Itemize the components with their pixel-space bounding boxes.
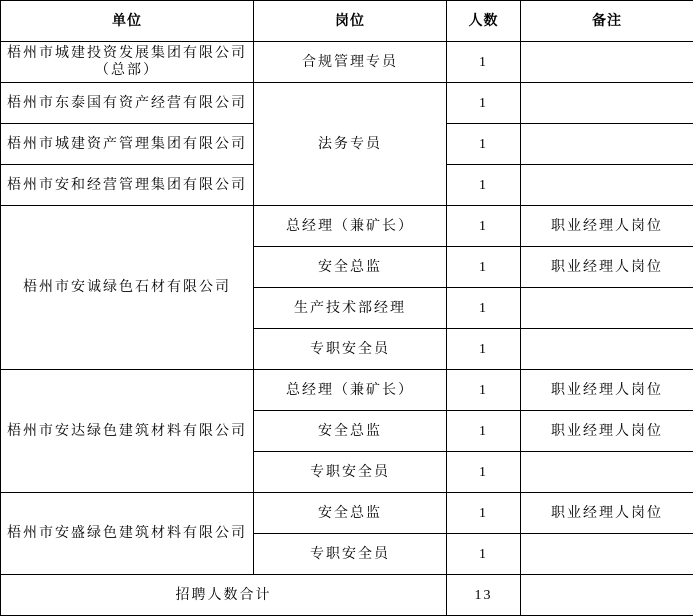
remark-cell: 职业经理人岗位 [521, 493, 693, 534]
count-cell: 1 [447, 83, 521, 124]
table-row: 梧州市安盛绿色建筑材料有限公司 安全总监 1 职业经理人岗位 [1, 493, 693, 534]
count-cell: 1 [447, 370, 521, 411]
count-cell: 1 [447, 288, 521, 329]
count-cell: 1 [447, 124, 521, 165]
position-cell: 专职安全员 [254, 329, 447, 370]
position-cell: 安全总监 [254, 247, 447, 288]
remark-cell [521, 452, 693, 493]
remark-cell: 职业经理人岗位 [521, 206, 693, 247]
remark-cell [521, 124, 693, 165]
unit-cell: 梧州市安盛绿色建筑材料有限公司 [1, 493, 254, 575]
column-header-remark: 备注 [521, 1, 693, 42]
remark-cell: 职业经理人岗位 [521, 370, 693, 411]
count-cell: 1 [447, 411, 521, 452]
position-cell: 总经理（兼矿长） [254, 206, 447, 247]
table-row: 梧州市安诚绿色石材有限公司 总经理（兼矿长） 1 职业经理人岗位 [1, 206, 693, 247]
position-cell: 专职安全员 [254, 452, 447, 493]
total-remark [521, 575, 693, 616]
remark-cell: 职业经理人岗位 [521, 411, 693, 452]
count-cell: 1 [447, 452, 521, 493]
unit-cell: 梧州市城建资产管理集团有限公司 [1, 124, 254, 165]
unit-cell: 梧州市安诚绿色石材有限公司 [1, 206, 254, 370]
total-row: 招聘人数合计 13 [1, 575, 693, 616]
column-header-unit: 单位 [1, 1, 254, 42]
position-cell-merged: 法务专员 [254, 83, 447, 206]
unit-cell: 梧州市东泰国有资产经营有限公司 [1, 83, 254, 124]
position-cell: 生产技术部经理 [254, 288, 447, 329]
column-header-count: 人数 [447, 1, 521, 42]
unit-name: 梧州市城建投资发展集团有限公司 [3, 45, 251, 62]
recruitment-table: 单位 岗位 人数 备注 梧州市城建投资发展集团有限公司 （总部） 合规管理专员 … [0, 0, 693, 615]
remark-cell [521, 288, 693, 329]
count-cell: 1 [447, 165, 521, 206]
remark-cell [521, 83, 693, 124]
column-header-position: 岗位 [254, 1, 447, 42]
remark-cell [521, 42, 693, 83]
table-header-row: 单位 岗位 人数 备注 [1, 1, 693, 42]
count-cell: 1 [447, 493, 521, 534]
count-cell: 1 [447, 534, 521, 575]
position-cell: 合规管理专员 [254, 42, 447, 83]
unit-cell: 梧州市城建投资发展集团有限公司 （总部） [1, 42, 254, 83]
position-cell: 总经理（兼矿长） [254, 370, 447, 411]
unit-cell: 梧州市安达绿色建筑材料有限公司 [1, 370, 254, 493]
count-cell: 1 [447, 329, 521, 370]
unit-name-sub: （总部） [3, 62, 251, 79]
position-cell: 专职安全员 [254, 534, 447, 575]
total-count: 13 [447, 575, 521, 616]
count-cell: 1 [447, 247, 521, 288]
position-cell: 安全总监 [254, 493, 447, 534]
remark-cell [521, 329, 693, 370]
unit-cell: 梧州市安和经营管理集团有限公司 [1, 165, 254, 206]
table-row: 梧州市城建投资发展集团有限公司 （总部） 合规管理专员 1 [1, 42, 693, 83]
remark-cell [521, 165, 693, 206]
table-row: 梧州市安达绿色建筑材料有限公司 总经理（兼矿长） 1 职业经理人岗位 [1, 370, 693, 411]
count-cell: 1 [447, 42, 521, 83]
remark-cell: 职业经理人岗位 [521, 247, 693, 288]
remark-cell [521, 534, 693, 575]
table-row: 梧州市东泰国有资产经营有限公司 法务专员 1 [1, 83, 693, 124]
count-cell: 1 [447, 206, 521, 247]
position-cell: 安全总监 [254, 411, 447, 452]
total-label: 招聘人数合计 [1, 575, 447, 616]
